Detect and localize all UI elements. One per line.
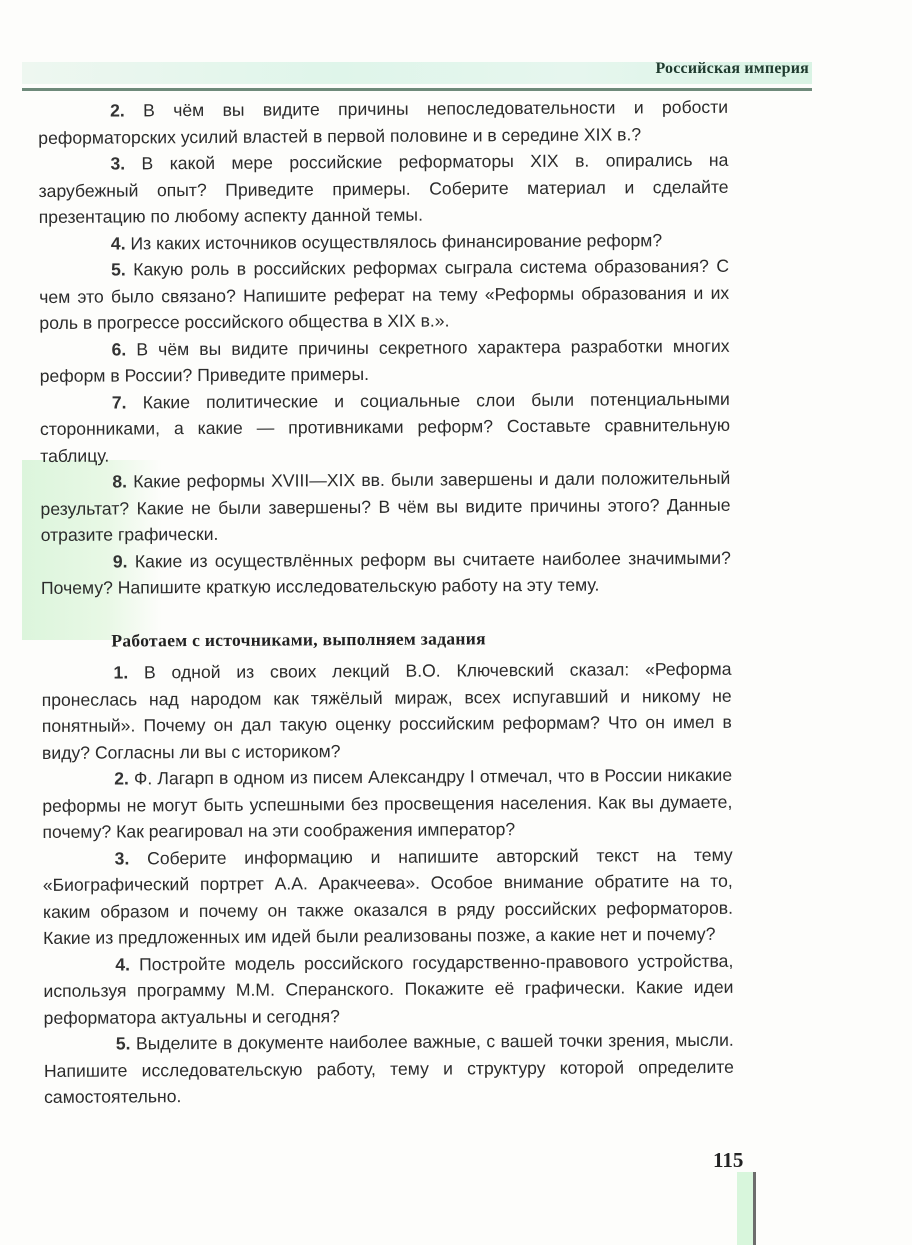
question-text: Какие реформы XVIII—XIX вв. были заверше… [40,468,730,545]
question-text: Из каких источников осуществлялось финан… [130,230,662,253]
question-number: 5. [111,259,126,279]
question-number: 6. [111,339,126,359]
question-item: 4. Из каких источников осуществлялось фи… [39,226,729,257]
task-text: Постройте модель российского государстве… [43,950,733,1027]
task-text: Соберите информацию и напишите авторский… [43,844,733,948]
question-item: 6. В чём вы видите причины секретного ха… [39,332,729,389]
question-text: Какую роль в российских реформах сыграла… [39,256,729,333]
task-number: 2. [114,768,129,788]
task-item: 3. Соберите информацию и напишите авторс… [43,841,734,951]
question-number: 9. [113,551,128,571]
question-text: Какие из осуществлённых реформ вы считае… [41,547,731,598]
question-item: 7. Какие политические и социальные слои … [40,385,730,469]
question-text: В чём вы видите причины непоследовательн… [38,97,728,148]
question-item: 9. Какие из осуществлённых реформ вы счи… [41,544,731,601]
task-number: 1. [113,662,128,682]
question-text: В чём вы видите причины секретного харак… [40,335,730,386]
header-rule [22,88,812,91]
section-title: Работаем с источниками, выполняем задани… [111,623,731,653]
task-item: 4. Постройте модель российского государс… [43,947,733,1031]
question-item: 2. В чём вы видите причины непоследовате… [38,94,728,151]
page-edge-tab [737,1172,756,1245]
task-number: 5. [116,1033,131,1053]
task-text: В одной из своих лекций В.О. Ключевский … [42,659,732,763]
task-item: 1. В одной из своих лекций В.О. Ключевск… [41,656,732,766]
question-item: 8. Какие реформы XVIII—XIX вв. были заве… [40,465,730,549]
task-item: 5. Выделите в документе наиболее важные,… [44,1027,734,1111]
question-number: 3. [110,153,125,173]
task-item: 2. Ф. Лагарп в одном из писем Александру… [42,762,732,846]
question-item: 5. Какую роль в российских реформах сыгр… [39,253,729,337]
question-number: 8. [112,471,127,491]
question-text: Какие политические и социальные слои был… [40,388,730,465]
task-number: 3. [115,848,130,868]
task-text: Выделите в документе наиболее важные, с … [44,1030,734,1107]
page-number: 115 [713,1148,743,1173]
questions-list-2: 1. В одной из своих лекций В.О. Ключевск… [41,656,734,1111]
task-text: Ф. Лагарп в одном из писем Александру I … [42,765,732,842]
task-number: 4. [115,954,130,974]
question-item: 3. В какой мере российские реформаторы X… [38,147,728,231]
question-number: 2. [110,100,125,120]
page-content: 2. В чём вы видите причины непоследовате… [38,94,734,1111]
question-number: 7. [112,392,127,412]
questions-list-1: 2. В чём вы видите причины непоследовате… [38,94,731,602]
question-number: 4. [111,233,126,253]
running-head: Российская империя [655,60,809,78]
question-text: В какой мере российские реформаторы XIX … [39,150,729,227]
